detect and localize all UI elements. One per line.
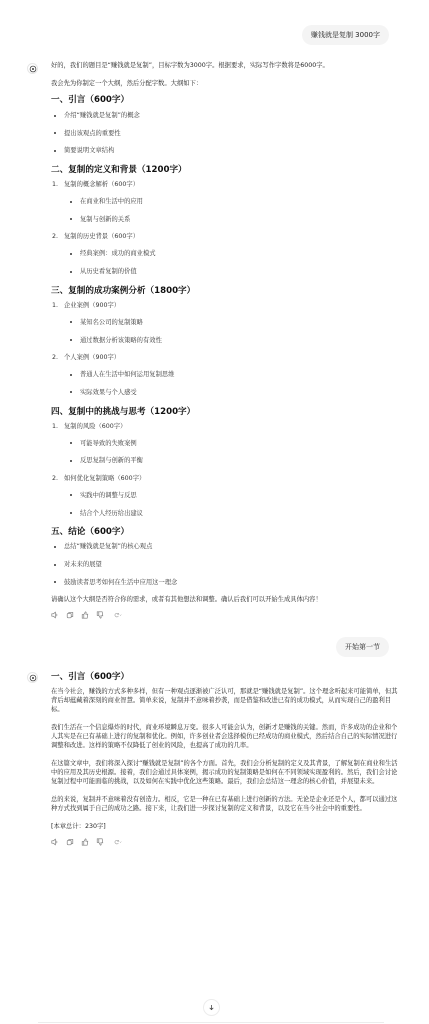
user-message: 赚钱就是复制 3000字: [0, 25, 429, 45]
assistant-avatar-icon: [27, 672, 38, 683]
word-count: [本章总计：230字]: [51, 822, 399, 831]
copy-icon[interactable]: [66, 611, 74, 619]
assistant-avatar-icon: [27, 63, 38, 74]
outline-bullet: 介绍“赚钱就是复制”的概念: [51, 111, 399, 120]
outline-bullet: 从历史看复制的价值: [64, 267, 399, 276]
outline-bullet: 总结“赚钱就是复制”的核心观点: [51, 542, 399, 551]
composer-top-border: [38, 1022, 384, 1023]
outline-numbered-list: 1.企业案例（900字） 某知名公司的复制策略通过数据分析该策略的有效性 2.个…: [51, 301, 399, 397]
outline-section-title: 四、复制中的挑战与思考（1200字）: [51, 406, 399, 418]
outline-bullet: 某知名公司的复制策略: [64, 318, 399, 327]
regenerate-icon[interactable]: [111, 611, 124, 619]
copy-icon[interactable]: [66, 838, 74, 846]
outline-item: 2.如何优化复制策略（600字） 实践中的调整与反思结合个人经历给出建议: [51, 474, 399, 518]
paragraph: 在这篇文章中，我们将深入探讨“赚钱就是复制”的各个方面。首先，我们会分析复制的定…: [51, 759, 399, 786]
outline-bullet: 鼓励读者思考如何在生活中应用这一理念: [51, 578, 399, 587]
outline-section-title: 三、复制的成功案例分析（1800字）: [51, 285, 399, 297]
outline-item: 1.复制的风险（600字） 可能导致的失败案例反思复制与创新的平衡: [51, 422, 399, 466]
message-actions: [51, 837, 399, 847]
outline-item: 1.复制的概念解析（600字） 在商业和生活中的应用复制与创新的关系: [51, 180, 399, 224]
speaker-icon[interactable]: [51, 611, 59, 619]
outline-bullet: 结合个人经历给出建议: [64, 509, 399, 518]
outline-numbered-list: 1.复制的概念解析（600字） 在商业和生活中的应用复制与创新的关系 2.复制的…: [51, 180, 399, 276]
outline-bullets: 总结“赚钱就是复制”的核心观点 对未来的展望 鼓励读者思考如何在生活中应用这一理…: [51, 542, 399, 586]
outline-bullet: 可能导致的失败案例: [64, 439, 399, 448]
speaker-icon[interactable]: [51, 838, 59, 846]
outline-numbered-list: 1.复制的风险（600字） 可能导致的失败案例反思复制与创新的平衡 2.如何优化…: [51, 422, 399, 518]
outline-bullets: 介绍“赚钱就是复制”的概念 提出该观点的重要性 简要说明文章结构: [51, 111, 399, 155]
outline-bullet: 对未来的展望: [51, 560, 399, 569]
outline-bullet: 在商业和生活中的应用: [64, 197, 399, 206]
thumbs-up-icon[interactable]: [81, 838, 89, 846]
section-heading: 一、引言（600字）: [51, 671, 399, 683]
outline-item: 2.个人案例（900字） 普通人在生活中如何运用复制思维实际效果与个人感受: [51, 353, 399, 397]
paragraph: 我们生活在一个信息爆炸的时代，商业环境瞬息万变。很多人可能会认为，创新才是赚钱的…: [51, 723, 399, 750]
outline-bullet: 实际效果与个人感受: [64, 388, 399, 397]
arrow-down-icon: [208, 1004, 215, 1011]
assistant-outro: 请确认这个大纲是否符合你的需求，或者有其他想法和调整。确认后我们可以开始生成具体…: [51, 595, 399, 604]
outline-bullet: 普通人在生活中如何运用复制思维: [64, 370, 399, 379]
paragraph: 在当今社会，赚钱的方式多种多样，但有一种观点逐渐被广泛认可，那就是“赚钱就是复制…: [51, 687, 399, 714]
outline-bullet: 实践中的调整与反思: [64, 491, 399, 500]
outline-bullet: 通过数据分析该策略的有效性: [64, 336, 399, 345]
outline-section-title: 一、引言（600字）: [51, 94, 399, 106]
regenerate-icon[interactable]: [111, 838, 124, 846]
outline-item: 1.企业案例（900字） 某知名公司的复制策略通过数据分析该策略的有效性: [51, 301, 399, 345]
message-actions: [51, 610, 399, 620]
scroll-to-bottom-button[interactable]: [203, 999, 220, 1016]
paragraph: 总的来说，复制并不意味着没有创造力。相反，它是一种在已有基础上进行创新的方法。无…: [51, 795, 399, 813]
thumbs-down-icon[interactable]: [96, 838, 104, 846]
thumbs-up-icon[interactable]: [81, 611, 89, 619]
assistant-intro2: 我会先为你制定一个大纲，然后分配字数。大纲如下：: [51, 79, 399, 88]
assistant-message: 好的，我们的题目是“赚钱就是复制”，目标字数为3000字。根据要求，实际写作字数…: [0, 61, 429, 620]
assistant-intro: 好的，我们的题目是“赚钱就是复制”，目标字数为3000字。根据要求，实际写作字数…: [51, 61, 399, 70]
outline-bullet: 复制与创新的关系: [64, 215, 399, 224]
outline-section-title: 五、结论（600字）: [51, 526, 399, 538]
user-message: 开始第一节: [0, 637, 429, 657]
outline-section-title: 二、复制的定义和背景（1200字）: [51, 164, 399, 176]
outline-bullet: 反思复制与创新的平衡: [64, 456, 399, 465]
thumbs-down-icon[interactable]: [96, 611, 104, 619]
assistant-message: 一、引言（600字） 在当今社会，赚钱的方式多种多样，但有一种观点逐渐被广泛认可…: [0, 671, 429, 847]
outline-bullet: 经典案例：成功的商业模式: [64, 249, 399, 258]
outline-item: 2.复制的历史背景（600字） 经典案例：成功的商业模式从历史看复制的价值: [51, 232, 399, 276]
outline-bullet: 提出该观点的重要性: [51, 129, 399, 138]
conversation: 赚钱就是复制 3000字 好的，我们的题目是“赚钱就是复制”，目标字数为3000…: [0, 0, 429, 847]
user-bubble: 赚钱就是复制 3000字: [302, 25, 389, 45]
outline-bullet: 简要说明文章结构: [51, 146, 399, 155]
user-bubble: 开始第一节: [336, 637, 389, 657]
